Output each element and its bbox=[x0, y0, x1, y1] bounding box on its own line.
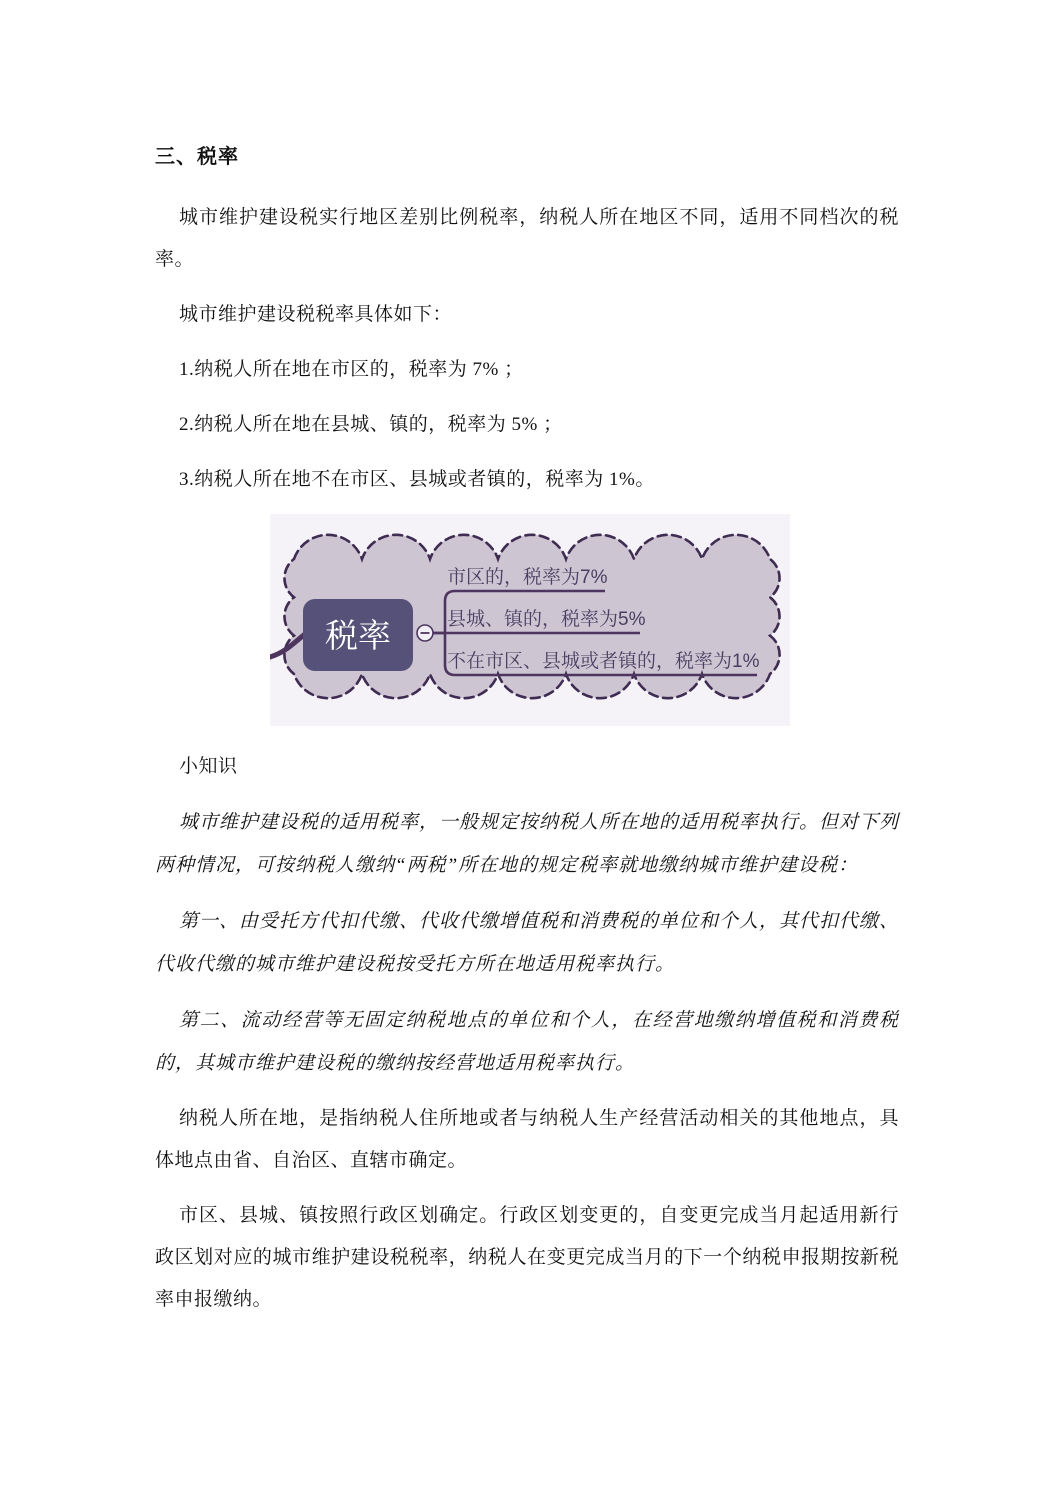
paragraph-intro: 城市维护建设税实行地区差别比例税率，纳税人所在地区不同，适用不同档次的税率。 bbox=[155, 197, 899, 281]
rate-item-urban: 1.纳税人所在地在市区的，税率为 7% ； bbox=[155, 349, 899, 391]
paragraph-location: 纳税人所在地，是指纳税人住所地或者与纳税人生产经营活动相关的其他地点，具体地点由… bbox=[155, 1098, 899, 1182]
rate-item-other: 3.纳税人所在地不在市区、县城或者镇的，税率为 1%。 bbox=[155, 459, 899, 501]
document-page: 三、税率 城市维护建设税实行地区差别比例税率，纳税人所在地区不同，适用不同档次的… bbox=[0, 0, 1059, 1497]
tip-heading: 小知识 bbox=[155, 746, 899, 788]
root-node-label: 税率 bbox=[325, 617, 391, 654]
mindmap-figure: 税率 市区的，税率为7% 县城、镇的，税率为5% 不在市区、县城或者镇的，税率为… bbox=[270, 514, 790, 726]
paragraph-division: 市区、县城、镇按照行政区划确定。行政区划变更的，自变更完成当月起适用新行政区划对… bbox=[155, 1195, 899, 1321]
branch-label-urban: 市区的，税率为7% bbox=[447, 566, 608, 588]
branch-label-county: 县城、镇的，税率为5% bbox=[447, 608, 646, 630]
tip-paragraph-first: 第一、由受托方代扣代缴、代收代缴增值税和消费税的单位和个人，其代扣代缴、代收代缴… bbox=[155, 900, 899, 986]
mindmap-svg: 税率 市区的，税率为7% 县城、镇的，税率为5% 不在市区、县城或者镇的，税率为… bbox=[270, 514, 790, 726]
section-heading: 三、税率 bbox=[155, 143, 899, 171]
rate-item-county: 2.纳税人所在地在县城、镇的，税率为 5% ； bbox=[155, 404, 899, 446]
tip-paragraph-second: 第二、流动经营等无固定纳税地点的单位和个人，在经营地缴纳增值税和消费税的，其城市… bbox=[155, 999, 899, 1085]
paragraph-rates-intro: 城市维护建设税税率具体如下： bbox=[155, 294, 899, 336]
branch-label-other: 不在市区、县城或者镇的，税率为1% bbox=[447, 650, 760, 672]
tip-paragraph-general: 城市维护建设税的适用税率，一般规定按纳税人所在地的适用税率执行。但对下列两种情况… bbox=[155, 801, 899, 887]
